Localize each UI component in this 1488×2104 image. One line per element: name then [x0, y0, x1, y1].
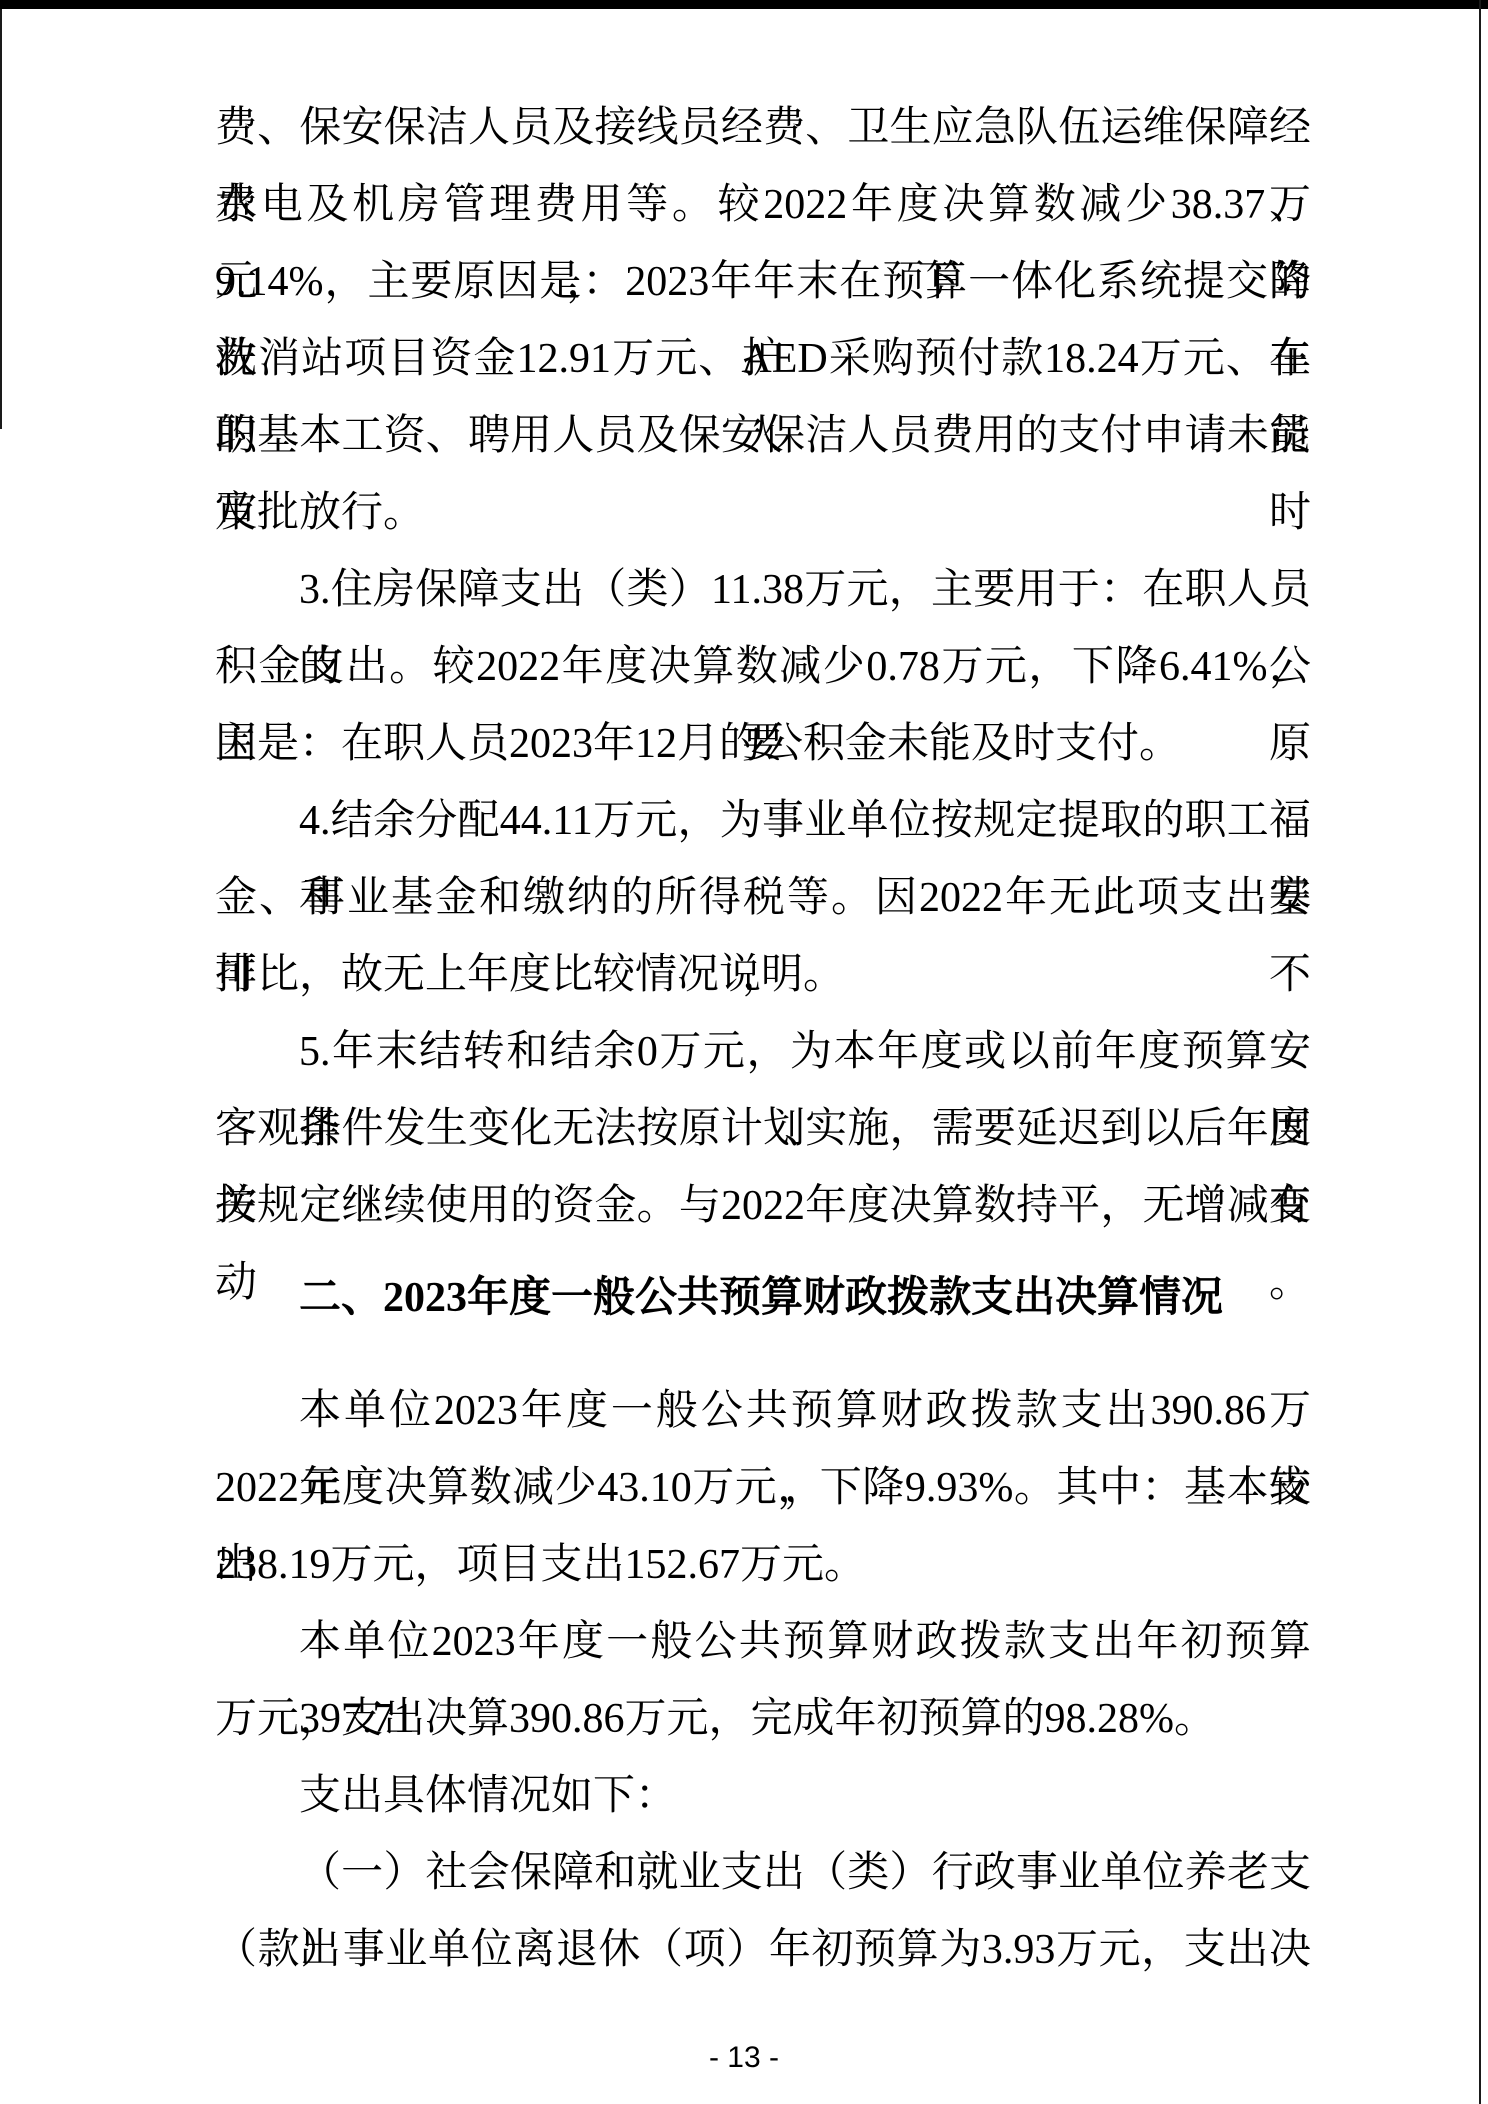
doc-line: 5.年末结转和结余0万元，为本年度或以前年度预算安排、因 — [215, 1014, 1311, 1091]
doc-line: 费、保安保洁人员及接线员经费、卫生应急队伍运维保障经费、 — [215, 90, 1311, 167]
doc-line: 积金支出。较2022年度决算数减少0.78万元，下降6.41%，主要原 — [215, 629, 1311, 706]
doc-line: 的基本工资、聘用人员及保安保洁人员费用的支付申请未能及时 — [215, 398, 1311, 475]
doc-line: 关规定继续使用的资金。与2022年度决算数持平，无增减变动。 — [215, 1168, 1311, 1245]
page-number: - 13 - — [0, 2038, 1488, 2078]
scan-edge-right-line — [1479, 0, 1481, 2104]
doc-line: （一）社会保障和就业支出（类）行政事业单位养老支出 — [215, 1835, 1311, 1912]
doc-line: 9.14%，主要原因是：2023年年末在预算一体化系统提交的救护车 — [215, 244, 1311, 321]
doc-line: 水电及机房管理费用等。较2022年度决算数减少38.37万元，下降 — [215, 167, 1311, 244]
doc-line: 金、事业基金和缴纳的所得税等。因2022年无此项支出安排，不 — [215, 860, 1311, 937]
doc-line: 238.19万元，项目支出152.67万元。 — [215, 1527, 1311, 1604]
section-heading: 二、2023年度一般公共预算财政拨款支出决算情况 — [215, 1260, 1311, 1337]
doc-line: 本单位2023年度一般公共预算财政拨款支出390.86万元，较 — [215, 1373, 1311, 1450]
doc-line: 4.结余分配44.11万元，为事业单位按规定提取的职工福利基 — [215, 783, 1311, 860]
scan-edge-left-line — [0, 9, 2, 429]
doc-line: 支出具体情况如下： — [215, 1758, 1311, 1835]
doc-line: 2022年度决算数减少43.10万元，下降9.93%。其中：基本支出 — [215, 1450, 1311, 1527]
doc-line: 洗消站项目资金12.91万元、AED采购预付款18.24万元、在职人员 — [215, 321, 1311, 398]
doc-line: 因是：在职人员2023年12月的公积金未能及时支付。 — [215, 706, 1311, 783]
scan-edge-top-bar — [0, 0, 1488, 9]
document-page: 费、保安保洁人员及接线员经费、卫生应急队伍运维保障经费、 水电及机房管理费用等。… — [0, 0, 1488, 2104]
doc-line: （款）事业单位离退休（项）年初预算为3.93万元，支出决算为 — [215, 1912, 1311, 1989]
doc-line: 客观条件发生变化无法按原计划实施，需要延迟到以后年度按有 — [215, 1091, 1311, 1168]
doc-line: 本单位2023年度一般公共预算财政拨款支出年初预算397.71 — [215, 1604, 1311, 1681]
doc-line: 3.住房保障支出（类）11.38万元，主要用于：在职人员的公 — [215, 552, 1311, 629]
document-body: 费、保安保洁人员及接线员经费、卫生应急队伍运维保障经费、 水电及机房管理费用等。… — [215, 90, 1311, 1989]
doc-line: 万元，支出决算390.86万元，完成年初预算的98.28%。 — [215, 1681, 1311, 1758]
